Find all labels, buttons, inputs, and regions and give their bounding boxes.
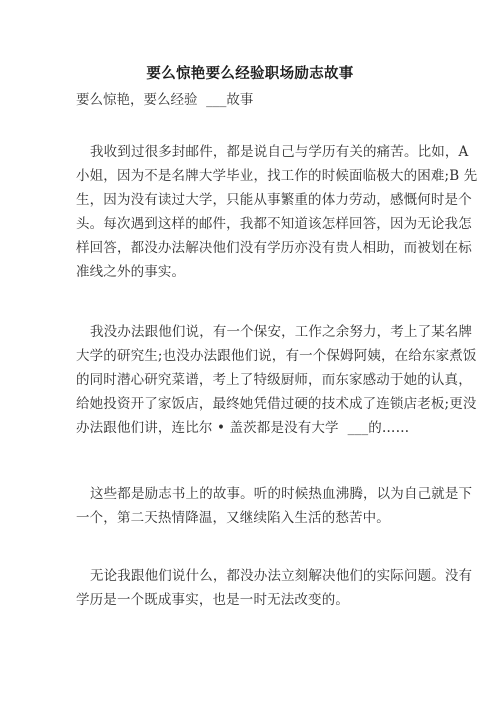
paragraph-line: 大学的研究生;也没办法跟他们说，有一个保姆阿姨，在给东家煮饭 [76, 346, 436, 366]
paragraph-line: 小姐，因为不是名牌大学毕业，找工作的时候面临极大的困难;B 先 [76, 166, 436, 186]
paragraph-line: 我没办法跟他们说，有一个保安，工作之余努力，考上了某名牌 [90, 322, 450, 342]
paragraph-line: 头。每次遇到这样的邮件，我都不知道该怎样回答，因为无论我怎 [76, 214, 436, 234]
document-page: 要么惊艳要么经验职场励志故事 要么惊艳，要么经验 ___故事 我收到过很多封邮件… [0, 0, 500, 708]
paragraph-line: 这些都是励志书上的故事。听的时候热血沸腾，以为自己就是下 [90, 484, 450, 504]
paragraph-line: 样回答，都没办法解决他们没有学历亦没有贵人相助，而被划在标 [76, 238, 436, 258]
paragraph-line: 我收到过很多封邮件，都是说自己与学历有关的痛苦。比如，A [90, 142, 450, 162]
paragraph-line: 生，因为没有读过大学，只能从事繁重的体力劳动，感慨何时是个 [76, 190, 436, 210]
paragraph-line: 一个，第二天热情降温，又继续陷入生活的愁苦中。 [76, 508, 436, 528]
paragraph-line: 的同时潜心研究菜谱，考上了特级厨师，而东家感动于她的认真， [76, 370, 436, 390]
document-subtitle: 要么惊艳，要么经验 ___故事 [76, 90, 253, 110]
paragraph-line: 给她投资开了家饭店，最终她凭借过硬的技术成了连锁店老板;更没 [76, 394, 436, 414]
paragraph-line: 准线之外的事实。 [76, 262, 436, 282]
paragraph-line: 无论我跟他们说什么，都没办法立刻解决他们的实际问题。没有 [90, 566, 450, 586]
paragraph-line: 办法跟他们讲，连比尔 • 盖茨都是没有大学 ___的…… [76, 418, 436, 438]
paragraph-line: 学历是一个既成事实，也是一时无法改变的。 [76, 590, 436, 610]
document-title: 要么惊艳要么经验职场励志故事 [0, 64, 500, 84]
